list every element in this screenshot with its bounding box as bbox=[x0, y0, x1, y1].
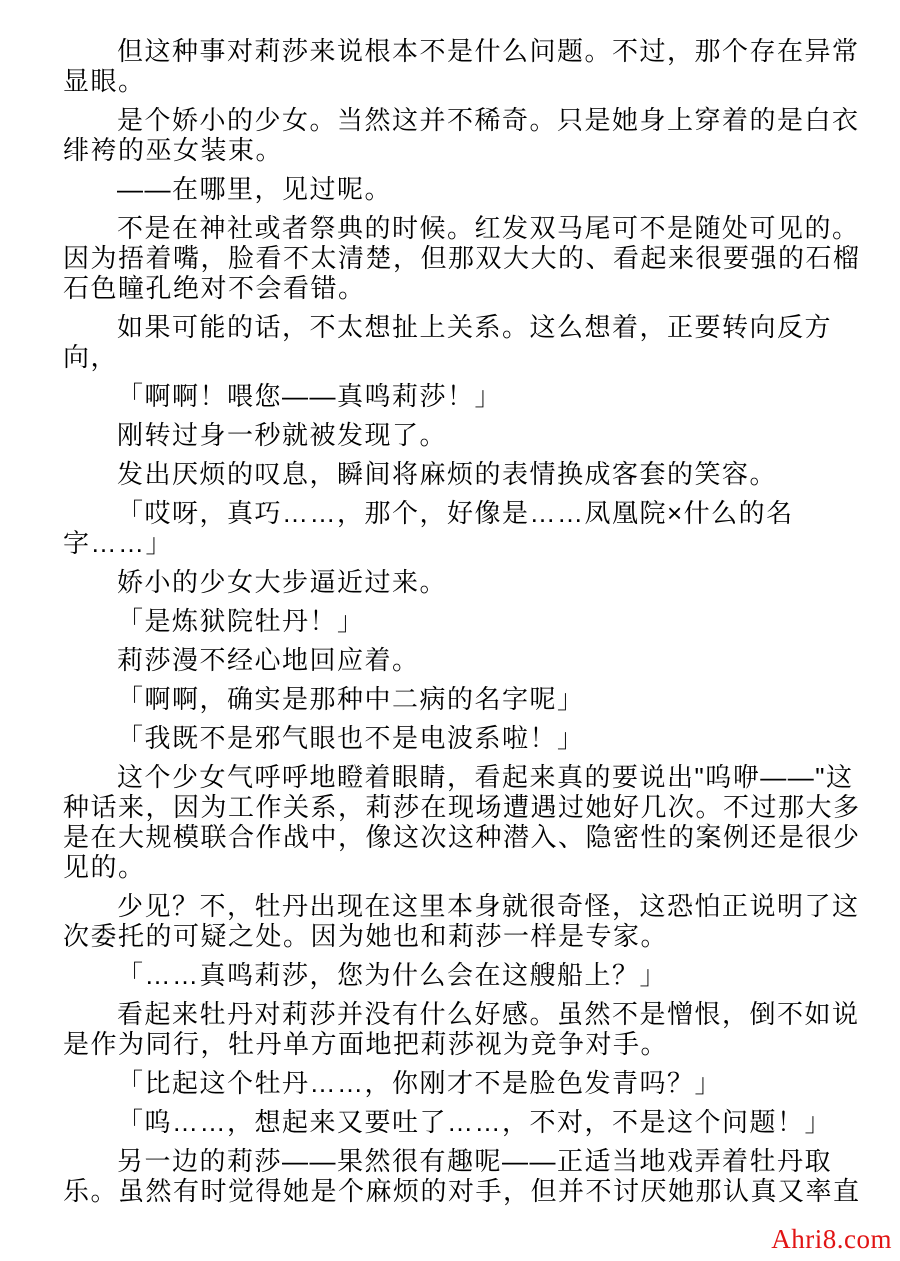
text-line: 这个少女气呼呼地瞪着眼睛，看起来真的要说出"呜咿——"这 bbox=[63, 762, 869, 792]
text-line: 「啊啊！喂您——真鸣莉莎！」 bbox=[63, 381, 869, 411]
text-line: 「比起这个牡丹……，你刚才不是脸色发青吗？」 bbox=[63, 1068, 869, 1098]
paragraph: 看起来牡丹对莉莎并没有什么好感。虽然不是憎恨，倒不如说是作为同行，牡丹单方面地把… bbox=[63, 999, 869, 1059]
text-line: ——在哪里，见过呢。 bbox=[63, 174, 869, 204]
paragraph: 是个娇小的少女。当然这并不稀奇。只是她身上穿着的是白衣绯袴的巫女装束。 bbox=[63, 105, 869, 165]
text-line: 显眼。 bbox=[63, 66, 869, 96]
text-line: 「哎呀，真巧……，那个，好像是……凤凰院×什么的名 bbox=[63, 498, 869, 528]
paragraph: 娇小的少女大步逼近过来。 bbox=[63, 567, 869, 597]
paragraph: 「我既不是邪气眼也不是电波系啦！」 bbox=[63, 723, 869, 753]
paragraph: ——在哪里，见过呢。 bbox=[63, 174, 869, 204]
text-line: 绯袴的巫女装束。 bbox=[63, 135, 869, 165]
paragraph: 「啊啊！喂您——真鸣莉莎！」 bbox=[63, 381, 869, 411]
text-line: 「……真鸣莉莎，您为什么会在这艘船上？」 bbox=[63, 960, 869, 990]
watermark: Ahri8.com bbox=[771, 1226, 892, 1253]
text-line: 「啊啊，确实是那种中二病的名字呢」 bbox=[63, 684, 869, 714]
paragraph: 不是在神社或者祭典的时候。红发双马尾可不是随处可见的。因为捂着嘴，脸看不太清楚，… bbox=[63, 213, 869, 303]
text-line: 「我既不是邪气眼也不是电波系啦！」 bbox=[63, 723, 869, 753]
text-line: 看起来牡丹对莉莎并没有什么好感。虽然不是憎恨，倒不如说 bbox=[63, 999, 869, 1029]
text-line: 刚转过身一秒就被发现了。 bbox=[63, 420, 869, 450]
text-line: 少见？不，牡丹出现在这里本身就很奇怪，这恐怕正说明了这 bbox=[63, 891, 869, 921]
text-line: 种话来，因为工作关系，莉莎在现场遭遇过她好几次。不过那大多 bbox=[63, 792, 869, 822]
text-line: 因为捂着嘴，脸看不太清楚，但那双大大的、看起来很要强的石榴 bbox=[63, 243, 869, 273]
paragraph: 刚转过身一秒就被发现了。 bbox=[63, 420, 869, 450]
text-line: 如果可能的话，不太想扯上关系。这么想着，正要转向反方 bbox=[63, 312, 869, 342]
paragraph: 「……真鸣莉莎，您为什么会在这艘船上？」 bbox=[63, 960, 869, 990]
text-line: 不是在神社或者祭典的时候。红发双马尾可不是随处可见的。 bbox=[63, 213, 869, 243]
paragraph: 莉莎漫不经心地回应着。 bbox=[63, 645, 869, 675]
text-line: 次委托的可疑之处。因为她也和莉莎一样是专家。 bbox=[63, 921, 869, 951]
text-line: 是个娇小的少女。当然这并不稀奇。只是她身上穿着的是白衣 bbox=[63, 105, 869, 135]
text-line: 是作为同行，牡丹单方面地把莉莎视为竞争对手。 bbox=[63, 1029, 869, 1059]
novel-page: 但这种事对莉莎来说根本不是什么问题。不过，那个存在异常显眼。是个娇小的少女。当然… bbox=[0, 0, 900, 1261]
text-line: 但这种事对莉莎来说根本不是什么问题。不过，那个存在异常 bbox=[63, 36, 869, 66]
page-text: 但这种事对莉莎来说根本不是什么问题。不过，那个存在异常显眼。是个娇小的少女。当然… bbox=[63, 36, 869, 1206]
text-line: 乐。虽然有时觉得她是个麻烦的对手，但并不讨厌她那认真又率直 bbox=[63, 1176, 869, 1206]
text-line: 字……」 bbox=[63, 528, 869, 558]
text-line: 娇小的少女大步逼近过来。 bbox=[63, 567, 869, 597]
paragraph: 另一边的莉莎——果然很有趣呢——正适当地戏弄着牡丹取乐。虽然有时觉得她是个麻烦的… bbox=[63, 1146, 869, 1206]
paragraph: 少见？不，牡丹出现在这里本身就很奇怪，这恐怕正说明了这次委托的可疑之处。因为她也… bbox=[63, 891, 869, 951]
text-line: 另一边的莉莎——果然很有趣呢——正适当地戏弄着牡丹取 bbox=[63, 1146, 869, 1176]
paragraph: 「是炼狱院牡丹！」 bbox=[63, 606, 869, 636]
text-line: 向， bbox=[63, 342, 869, 372]
text-line: 发出厌烦的叹息，瞬间将麻烦的表情换成客套的笑容。 bbox=[63, 459, 869, 489]
text-line: 「呜……，想起来又要吐了……，不对，不是这个问题！」 bbox=[63, 1107, 869, 1137]
text-line: 「是炼狱院牡丹！」 bbox=[63, 606, 869, 636]
text-line: 是在大规模联合作战中，像这次这种潜入、隐密性的案例还是很少 bbox=[63, 822, 869, 852]
paragraph: 「哎呀，真巧……，那个，好像是……凤凰院×什么的名字……」 bbox=[63, 498, 869, 558]
text-line: 见的。 bbox=[63, 852, 869, 882]
paragraph: 「呜……，想起来又要吐了……，不对，不是这个问题！」 bbox=[63, 1107, 869, 1137]
paragraph: 但这种事对莉莎来说根本不是什么问题。不过，那个存在异常显眼。 bbox=[63, 36, 869, 96]
paragraph: 发出厌烦的叹息，瞬间将麻烦的表情换成客套的笑容。 bbox=[63, 459, 869, 489]
paragraph: 「啊啊，确实是那种中二病的名字呢」 bbox=[63, 684, 869, 714]
paragraph: 这个少女气呼呼地瞪着眼睛，看起来真的要说出"呜咿——"这种话来，因为工作关系，莉… bbox=[63, 762, 869, 882]
text-line: 莉莎漫不经心地回应着。 bbox=[63, 645, 869, 675]
text-line: 石色瞳孔绝对不会看错。 bbox=[63, 273, 869, 303]
paragraph: 如果可能的话，不太想扯上关系。这么想着，正要转向反方向， bbox=[63, 312, 869, 372]
paragraph: 「比起这个牡丹……，你刚才不是脸色发青吗？」 bbox=[63, 1068, 869, 1098]
